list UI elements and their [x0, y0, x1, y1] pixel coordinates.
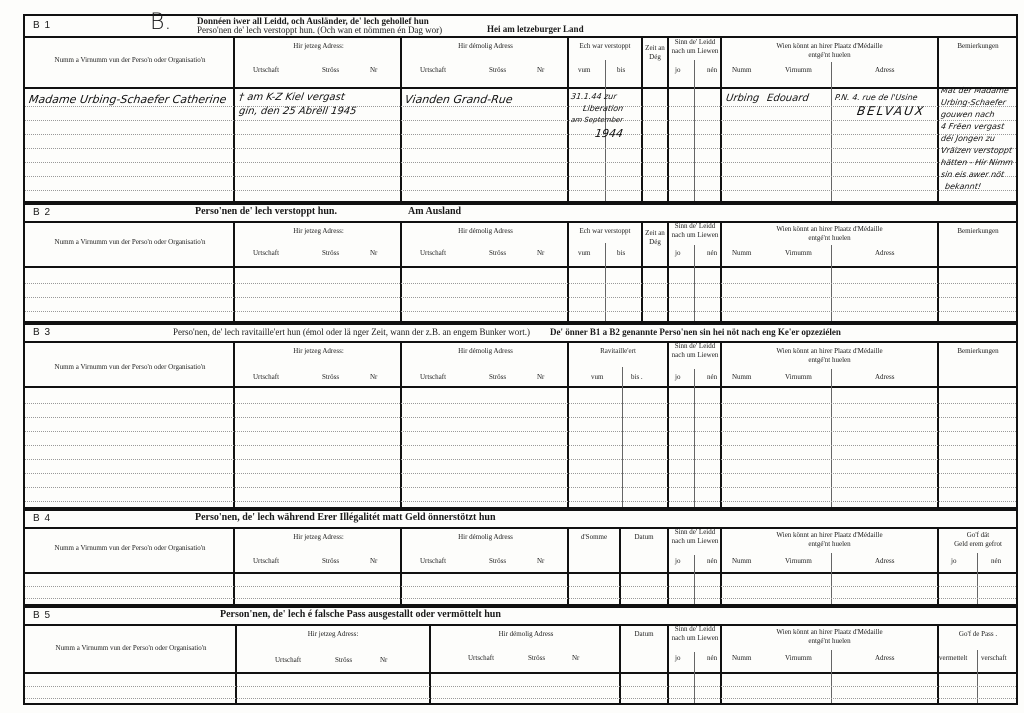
col-remarks-header: Bemierkungen	[939, 227, 1017, 236]
col-survived-header: Sinn de' Leidd nach um Liewen	[669, 625, 721, 643]
section-title-bar: B 1 B. Donnéen iwer all Leidd, och Auslä…	[25, 16, 1016, 38]
col-urtschaft: Urtschaft	[253, 66, 279, 75]
section-id: B 1	[33, 20, 51, 31]
entry-remark-5: déi Jongen zu	[940, 134, 995, 143]
entry-hidden-2: Liberation	[582, 104, 623, 113]
section-b5: B 5 Person'nen, de' lech é falsche Pass …	[23, 606, 1018, 705]
col-pass-header: Go'f de Pass .	[939, 630, 1017, 639]
col-medal-header: Wien könnt an hirer Plaatz d'Médaille	[722, 347, 937, 356]
header-divider	[25, 87, 1016, 89]
col-current-address-header: Hir jetzeg Adress:	[235, 42, 402, 51]
section-b4: B 4 Perso'nen, de' lech während Erer Ill…	[23, 509, 1018, 606]
section-title-right: Am Ausland	[408, 206, 461, 217]
col-nr: Nr	[537, 66, 544, 75]
section-title-bar: B 2 Perso'nen de' lech verstoppt hun. Am…	[25, 205, 1016, 223]
col-jo: jo	[675, 66, 680, 75]
col-former-address-header: Hir démolig Adress	[402, 42, 569, 51]
entry-remark-1: Mat der Madame	[940, 86, 1009, 95]
col-jo: jo	[951, 557, 956, 566]
col-bis: bis	[617, 66, 625, 75]
col-date-header: Datum	[621, 630, 667, 639]
entry-remark-9: bekannt!	[944, 182, 981, 191]
col-medal-header2: entgé'nt huelen	[722, 637, 937, 646]
col-stross: Ströss	[489, 557, 506, 566]
col-name-header: Numm a Virnumm vun der Perso'n oder Orga…	[25, 238, 235, 247]
entry-hidden-1: 31.1.44 zur	[570, 92, 617, 101]
col-zeit-header: Zeit an Dég	[643, 44, 667, 62]
col-remarks-header: Bemierkungen	[939, 42, 1017, 51]
col-jo: jo	[675, 654, 680, 663]
col-medal-header2: entgé'nt huelen	[722, 356, 937, 365]
col-numm: Numm	[732, 654, 751, 663]
col-stross: Ströss	[322, 557, 339, 566]
col-stross: Ströss	[489, 66, 506, 75]
entry-remark-3: gouwen nach	[940, 110, 995, 119]
col-nr: Nr	[537, 557, 544, 566]
col-current-address-header: Hir jetzeg Adress:	[237, 630, 429, 639]
section-title-right: De' önner B1 a B2 genannte Perso'nen sin…	[550, 327, 841, 337]
col-vum: vum	[591, 373, 603, 382]
col-medal-header: Wien könnt an hirer Plaatz d'Médaille	[722, 225, 937, 234]
col-nr: Nr	[537, 249, 544, 258]
col-date-header: Datum	[621, 533, 667, 542]
col-nr: Nr	[572, 654, 579, 663]
section-id: B 2	[33, 207, 51, 218]
col-name-header: Numm a Virnumm vun der Perso'n oder Orga…	[25, 56, 235, 65]
col-stross: Ströss	[322, 66, 339, 75]
section-id: B 3	[33, 327, 51, 338]
section-title: Person'nen, de' lech é falsche Pass ausg…	[220, 609, 501, 620]
col-nen: nén	[707, 654, 717, 663]
col-name-header: Numm a Virnumm vun der Perso'n oder Orga…	[25, 544, 235, 553]
col-stross: Ströss	[489, 373, 506, 382]
col-adress: Adress	[875, 557, 894, 566]
col-nen: nén	[707, 249, 717, 258]
section-title-line2: Perso'nen de' lech verstoppt hun. (Och w…	[197, 25, 442, 35]
form-letter: B.	[150, 10, 171, 35]
col-money-returned-header2: Geld erem gefrot	[939, 540, 1017, 549]
col-stross: Ströss	[489, 249, 506, 258]
col-bis: bis	[617, 249, 625, 258]
col-adress: Adress	[875, 373, 894, 382]
header-divider	[25, 266, 1016, 268]
entry-name: Madame Urbing-Schaefer Catherine	[28, 93, 227, 106]
col-nr: Nr	[370, 373, 377, 382]
entry-hidden-4: 1944	[594, 127, 624, 140]
section-title: Perso'nen, de' lech während Erer Illégal…	[195, 512, 496, 523]
col-virnumm: Virnumm	[785, 373, 812, 382]
col-numm: Numm	[732, 66, 751, 75]
col-nen: nén	[707, 66, 717, 75]
col-survived-header: Sinn de' Leidd nach um Liewen	[669, 38, 721, 56]
col-medal-header2: entgé'nt huelen	[722, 234, 937, 243]
col-nr: Nr	[370, 557, 377, 566]
divider	[831, 62, 832, 201]
col-supplied-header: Ravitaille'ert	[569, 347, 667, 356]
col-nr: Nr	[370, 249, 377, 258]
col-hidden-header: Ech war verstoppt	[569, 42, 641, 51]
col-procured: verschaft	[981, 654, 1007, 663]
col-numm: Numm	[732, 557, 751, 566]
col-medal-header: Wien könnt an hirer Plaatz d'Médaille	[722, 628, 937, 637]
section-b2: B 2 Perso'nen de' lech verstoppt hun. Am…	[23, 203, 1018, 323]
col-stross: Ströss	[322, 249, 339, 258]
col-medal-header2: entgé'nt huelen	[722, 540, 937, 549]
col-numm: Numm	[732, 249, 751, 258]
col-money-returned-header: Go'f dät	[939, 531, 1017, 540]
col-urtschaft: Urtschaft	[275, 656, 301, 665]
entry-medal-name: Urbing	[725, 93, 760, 104]
col-former-address-header: Hir démolig Adress	[431, 630, 621, 639]
entry-hidden-3: am September	[570, 116, 623, 124]
col-stross: Ströss	[528, 654, 545, 663]
col-jo: jo	[675, 373, 680, 382]
col-nr: Nr	[380, 656, 387, 665]
col-former-address-header: Hir démolig Adress	[402, 227, 569, 236]
entry-former-address: Vianden Grand-Rue	[404, 93, 513, 106]
col-former-address-header: Hir démolig Adress	[402, 533, 569, 542]
entry-medal-address-2: BELVAUX	[856, 104, 926, 118]
col-nr: Nr	[370, 66, 377, 75]
section-title: Perso'nen de' lech verstoppt hun.	[195, 206, 337, 217]
col-urtschaft: Urtschaft	[420, 373, 446, 382]
col-remarks-header: Bemierkungen	[939, 347, 1017, 356]
col-current-address-header: Hir jetzeg Adress:	[235, 533, 402, 542]
entry-remark-8: sin eis awer nöt	[940, 170, 1004, 179]
col-virnumm: Virnumm	[785, 557, 812, 566]
section-title-right: Hei am letzeburger Land	[487, 24, 584, 34]
divider	[694, 60, 695, 201]
col-nen: nén	[991, 557, 1001, 566]
col-survived-header: Sinn de' Leidd nach um Liewen	[669, 528, 721, 546]
col-current-address-header: Hir jetzeg Adress:	[235, 347, 402, 356]
col-urtschaft: Urtschaft	[468, 654, 494, 663]
col-virnumm: Virnumm	[785, 66, 812, 75]
col-vum: vum	[578, 249, 590, 258]
col-sum-header: d'Somme	[569, 533, 619, 542]
col-nen: nén	[707, 557, 717, 566]
col-urtschaft: Urtschaft	[253, 249, 279, 258]
col-stross: Ströss	[335, 656, 352, 665]
col-medal-header: Wien könnt an hirer Plaatz d'Médaille	[722, 531, 937, 540]
col-vum: vum	[578, 66, 590, 75]
col-jo: jo	[675, 557, 680, 566]
col-stross: Ströss	[322, 373, 339, 382]
col-survived-header: Sinn de' Leidd nach um Liewen	[669, 342, 721, 360]
col-former-address-header: Hir démolig Adress	[402, 347, 569, 356]
col-urtschaft: Urtschaft	[420, 249, 446, 258]
col-numm: Numm	[732, 373, 751, 382]
col-urtschaft: Urtschaft	[420, 66, 446, 75]
section-b3: B 3 Perso'nen, de' lech ravitaille'ert h…	[23, 323, 1018, 509]
col-adress: Adress	[875, 66, 894, 75]
col-virnumm: Virnumm	[785, 249, 812, 258]
col-mediated: vermettelt	[939, 654, 967, 663]
entry-medal-firstname: Edouard	[766, 93, 809, 104]
entry-remark-7: hätten - Hir Nimm	[940, 158, 1013, 167]
col-bis: bis .	[631, 373, 643, 382]
entry-current-address-2: gin, den 25 Abrëll 1945	[238, 106, 357, 117]
col-medal-header2: entgé'nt huelen	[722, 51, 937, 60]
section-id: B 5	[33, 610, 51, 621]
entry-remark-6: Vräizen verstoppt	[940, 146, 1012, 155]
section-title-bar: B 5 Person'nen, de' lech é falsche Pass …	[25, 608, 1016, 626]
section-id: B 4	[33, 513, 51, 524]
entry-medal-address-1: P.N. 4. rue de l'Usine	[834, 93, 918, 102]
section-title-bar: B 3 Perso'nen, de' lech ravitaille'ert h…	[25, 325, 1016, 343]
col-urtschaft: Urtschaft	[253, 373, 279, 382]
col-urtschaft: Urtschaft	[253, 557, 279, 566]
col-hidden-header: Ech war verstoppt	[569, 227, 641, 236]
col-jo: jo	[675, 249, 680, 258]
col-medal-header: Wien könnt an hirer Plaatz d'Médaille	[722, 42, 937, 51]
col-zeit-header: Zeit an Dég	[643, 229, 667, 247]
section-title: Perso'nen, de' lech ravitaille'ert hun (…	[173, 327, 530, 337]
col-name-header: Numm a Virnumm vun der Perso'n oder Orga…	[25, 363, 235, 372]
col-name-header: Numm a Virnumm vun der Perso'n oder Orga…	[25, 644, 237, 653]
col-survived-header: Sinn de' Leidd nach um Liewen	[669, 222, 721, 240]
section-b1: B 1 B. Donnéen iwer all Leidd, och Auslä…	[23, 14, 1018, 203]
col-nen: nén	[707, 373, 717, 382]
entry-current-address-1: † am K-Z Kiel vergast	[238, 92, 345, 103]
col-urtschaft: Urtschaft	[420, 557, 446, 566]
col-virnumm: Virnumm	[785, 654, 812, 663]
col-adress: Adress	[875, 249, 894, 258]
col-current-address-header: Hir jetzeg Adress:	[235, 227, 402, 236]
col-adress: Adress	[875, 654, 894, 663]
section-title-bar: B 4 Perso'nen, de' lech während Erer Ill…	[25, 511, 1016, 529]
col-nr: Nr	[537, 373, 544, 382]
entry-remark-4: 4 Frëen vergast	[940, 122, 1004, 131]
entry-remark-2: Urbing-Schaefer	[940, 98, 1006, 107]
